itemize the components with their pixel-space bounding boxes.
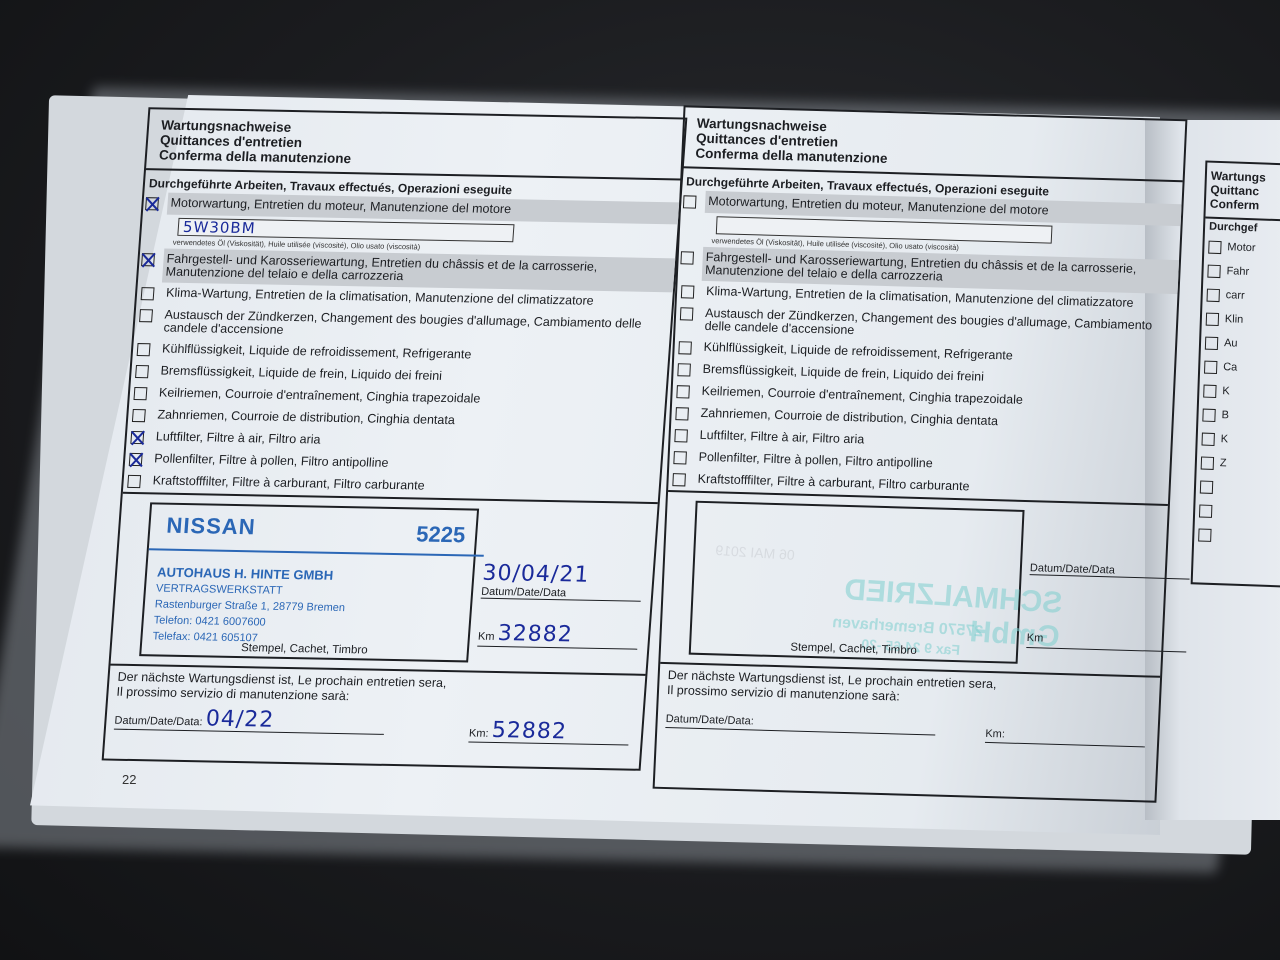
next-km-field[interactable]: Km: 52882 bbox=[468, 722, 629, 745]
stamp-box: SCHMALZRIED GmbH27570 BremerhavenFax 9 2… bbox=[689, 501, 1025, 664]
next-km-field[interactable]: Km: bbox=[985, 723, 1146, 747]
checklist-label: Zahnriemen, Courroie de distribution, Ci… bbox=[157, 408, 455, 427]
checkbox[interactable] bbox=[681, 285, 695, 298]
date-value: 30/04/21 bbox=[482, 561, 644, 589]
checklist-label: Au bbox=[1224, 337, 1238, 349]
checkbox[interactable] bbox=[1204, 361, 1217, 374]
checklist-label: Austausch der Zündkerzen, Changement des… bbox=[163, 309, 667, 345]
checklist-item[interactable]: Ca bbox=[1200, 354, 1280, 381]
checklist-item[interactable]: Au bbox=[1201, 330, 1280, 357]
stamp-area: SCHMALZRIED GmbH27570 BremerhavenFax 9 2… bbox=[660, 490, 1168, 676]
checkbox[interactable] bbox=[1200, 481, 1213, 494]
checkbox[interactable] bbox=[133, 387, 147, 400]
checklist-item[interactable]: Motor bbox=[1204, 235, 1280, 262]
form-title: Wartungs Quittanc Conferm bbox=[1205, 163, 1280, 222]
dealer-type: VERTRAGSWERKSTATT bbox=[156, 582, 283, 596]
checkbox[interactable] bbox=[1201, 433, 1214, 446]
checklist-label: Fahr bbox=[1226, 265, 1249, 278]
checklist-label: Bremsflüssigkeit, Liquide de frein, Liqu… bbox=[160, 365, 442, 383]
checklist-item[interactable]: B bbox=[1198, 402, 1280, 429]
checklist-label: Luftfilter, Filtre à air, Filtro aria bbox=[155, 430, 321, 446]
checkbox[interactable] bbox=[1208, 241, 1221, 254]
next-service: Der nächste Wartungsdienst ist, Le proch… bbox=[657, 662, 1160, 748]
next-date-value: 04/22 bbox=[205, 706, 275, 732]
checkbox[interactable] bbox=[127, 475, 141, 488]
checklist-label: Kühlflüssigkeit, Liquide de refroidissem… bbox=[162, 343, 472, 362]
km-field[interactable]: Km 32882 bbox=[477, 621, 639, 650]
date-label: Datum/Date/Data bbox=[481, 586, 567, 600]
checklist-item[interactable]: Klin bbox=[1201, 306, 1280, 333]
dealer-phone: Telefon: 0421 6007600 bbox=[153, 614, 266, 628]
checklist-label: Klima-Wartung, Entretien de la climatisa… bbox=[166, 287, 594, 308]
date-field[interactable]: 30/04/21Datum/Date/Data bbox=[481, 561, 644, 602]
page-number: 22 bbox=[122, 772, 136, 787]
checkbox[interactable] bbox=[1207, 289, 1220, 302]
checklist-item[interactable] bbox=[1195, 498, 1280, 525]
checklist-label: Bremsflüssigkeit, Liquide de frein, Liqu… bbox=[702, 363, 984, 384]
maintenance-form-partial: Wartungs Quittanc Conferm Durchgef Motor… bbox=[1191, 160, 1280, 587]
checklist-label: Luftfilter, Filtre à air, Filtro aria bbox=[699, 429, 864, 447]
checklist-label: Motorwartung, Entretien du moteur, Manut… bbox=[170, 197, 511, 217]
km-value: 32882 bbox=[497, 621, 574, 647]
checkbox[interactable] bbox=[673, 451, 687, 464]
checklist-label: Kraftstofffilter, Filtre à carburant, Fi… bbox=[697, 473, 969, 494]
checkbox[interactable] bbox=[129, 453, 143, 466]
km-label: Km bbox=[1026, 632, 1043, 644]
checkbox[interactable] bbox=[1203, 385, 1216, 398]
next-date-label: Datum/Date/Data: bbox=[665, 713, 754, 727]
checkbox[interactable] bbox=[1198, 528, 1211, 541]
stamp-area: NISSAN5225AUTOHAUS H. HINTE GMBHVERTRAGS… bbox=[111, 492, 658, 674]
stamp-box: NISSAN5225AUTOHAUS H. HINTE GMBHVERTRAGS… bbox=[139, 502, 479, 662]
stamp-rule bbox=[149, 548, 484, 556]
checklist-label: B bbox=[1221, 409, 1229, 421]
dealer-company: AUTOHAUS H. HINTE GMBH bbox=[157, 564, 334, 582]
checkbox[interactable] bbox=[675, 407, 689, 420]
checklist-label: Z bbox=[1220, 457, 1227, 469]
checklist-label: Zahnriemen, Courroie de distribution, Ci… bbox=[700, 407, 998, 428]
maintenance-form-mid: WartungsnachweiseQuittances d'entretienC… bbox=[653, 105, 1188, 802]
checkbox[interactable] bbox=[141, 253, 155, 266]
checkbox[interactable] bbox=[1207, 265, 1220, 278]
checkbox[interactable] bbox=[135, 365, 149, 378]
checklist-label: carr bbox=[1226, 289, 1245, 302]
stamp-caption: Stempel, Cachet, Timbro bbox=[141, 640, 467, 658]
form-title: WartungsnachweiseQuittances d'entretienC… bbox=[146, 109, 685, 180]
checklist-label: Fahrgestell- und Karosseriewartung, Entr… bbox=[165, 253, 671, 289]
date-label: Datum/Date/Data bbox=[1030, 562, 1115, 576]
checklist-item[interactable]: Fahr bbox=[1203, 258, 1280, 285]
next-km-value: 52882 bbox=[491, 718, 568, 744]
checkbox[interactable] bbox=[145, 197, 159, 210]
checkbox[interactable] bbox=[680, 251, 694, 264]
checklist-label: Ca bbox=[1223, 361, 1237, 373]
checklist-item[interactable] bbox=[1194, 522, 1280, 549]
checklist-label: Pollenfilter, Filtre à pollen, Filtro an… bbox=[154, 452, 389, 469]
checkbox[interactable] bbox=[1206, 313, 1219, 326]
checkbox[interactable] bbox=[141, 287, 155, 300]
checklist-item[interactable]: K bbox=[1199, 378, 1280, 405]
checkbox[interactable] bbox=[680, 307, 694, 320]
checkbox[interactable] bbox=[678, 341, 692, 354]
checklist-label: Motor bbox=[1227, 241, 1256, 254]
next-date-field[interactable]: Datum/Date/Data: 04/22 bbox=[114, 710, 385, 735]
checkbox[interactable] bbox=[683, 195, 697, 208]
checkbox[interactable] bbox=[1205, 337, 1218, 350]
next-service: Der nächste Wartungsdienst ist, Le proch… bbox=[105, 664, 645, 746]
checklist-label: Motorwartung, Entretien du moteur, Manut… bbox=[708, 195, 1049, 217]
date-field[interactable]: Datum/Date/Data bbox=[1030, 562, 1191, 579]
dealer-number: 5225 bbox=[415, 521, 466, 548]
checkbox[interactable] bbox=[1202, 409, 1215, 422]
checklist-item[interactable]: Z bbox=[1196, 450, 1280, 477]
maintenance-form-left: WartungsnachweiseQuittances d'entretienC… bbox=[102, 107, 688, 771]
checklist-label: Klin bbox=[1225, 313, 1244, 326]
checkbox[interactable] bbox=[676, 385, 690, 398]
checklist-item[interactable]: carr bbox=[1202, 282, 1280, 309]
next-km-label: Km: bbox=[985, 728, 1005, 741]
checkbox[interactable] bbox=[677, 363, 691, 376]
next-km-label: Km: bbox=[469, 727, 489, 739]
checklist-item[interactable] bbox=[1196, 474, 1280, 501]
checkbox[interactable] bbox=[130, 431, 144, 444]
checkbox[interactable] bbox=[1201, 457, 1214, 470]
checkbox[interactable] bbox=[139, 309, 153, 322]
checkbox[interactable] bbox=[672, 473, 686, 486]
checkbox[interactable] bbox=[1199, 504, 1212, 517]
checklist-item[interactable]: K bbox=[1197, 426, 1280, 453]
checklist-label: Pollenfilter, Filtre à pollen, Filtro an… bbox=[698, 451, 933, 471]
km-field[interactable]: Km bbox=[1026, 622, 1187, 652]
ghost-stamp-date: 06 MAI 2019 bbox=[715, 542, 795, 563]
checkbox[interactable] bbox=[674, 429, 688, 442]
checklist-label: K bbox=[1222, 385, 1230, 397]
dealer-address: Rastenburger Straße 1, 28779 Bremen bbox=[154, 598, 345, 614]
checklist-label: K bbox=[1221, 433, 1229, 445]
next-date-label: Datum/Date/Data: bbox=[114, 715, 203, 729]
checklist-label: Keilriemen, Courroie d'entraînement, Cin… bbox=[159, 386, 481, 405]
km-label: Km bbox=[478, 631, 495, 643]
checkbox[interactable] bbox=[137, 343, 151, 356]
checklist-label: Kraftstofffilter, Filtre à carburant, Fi… bbox=[152, 474, 425, 492]
checkbox[interactable] bbox=[132, 409, 146, 422]
next-date-field[interactable]: Datum/Date/Data: bbox=[665, 708, 936, 736]
dealer-brand: NISSAN bbox=[166, 513, 257, 541]
